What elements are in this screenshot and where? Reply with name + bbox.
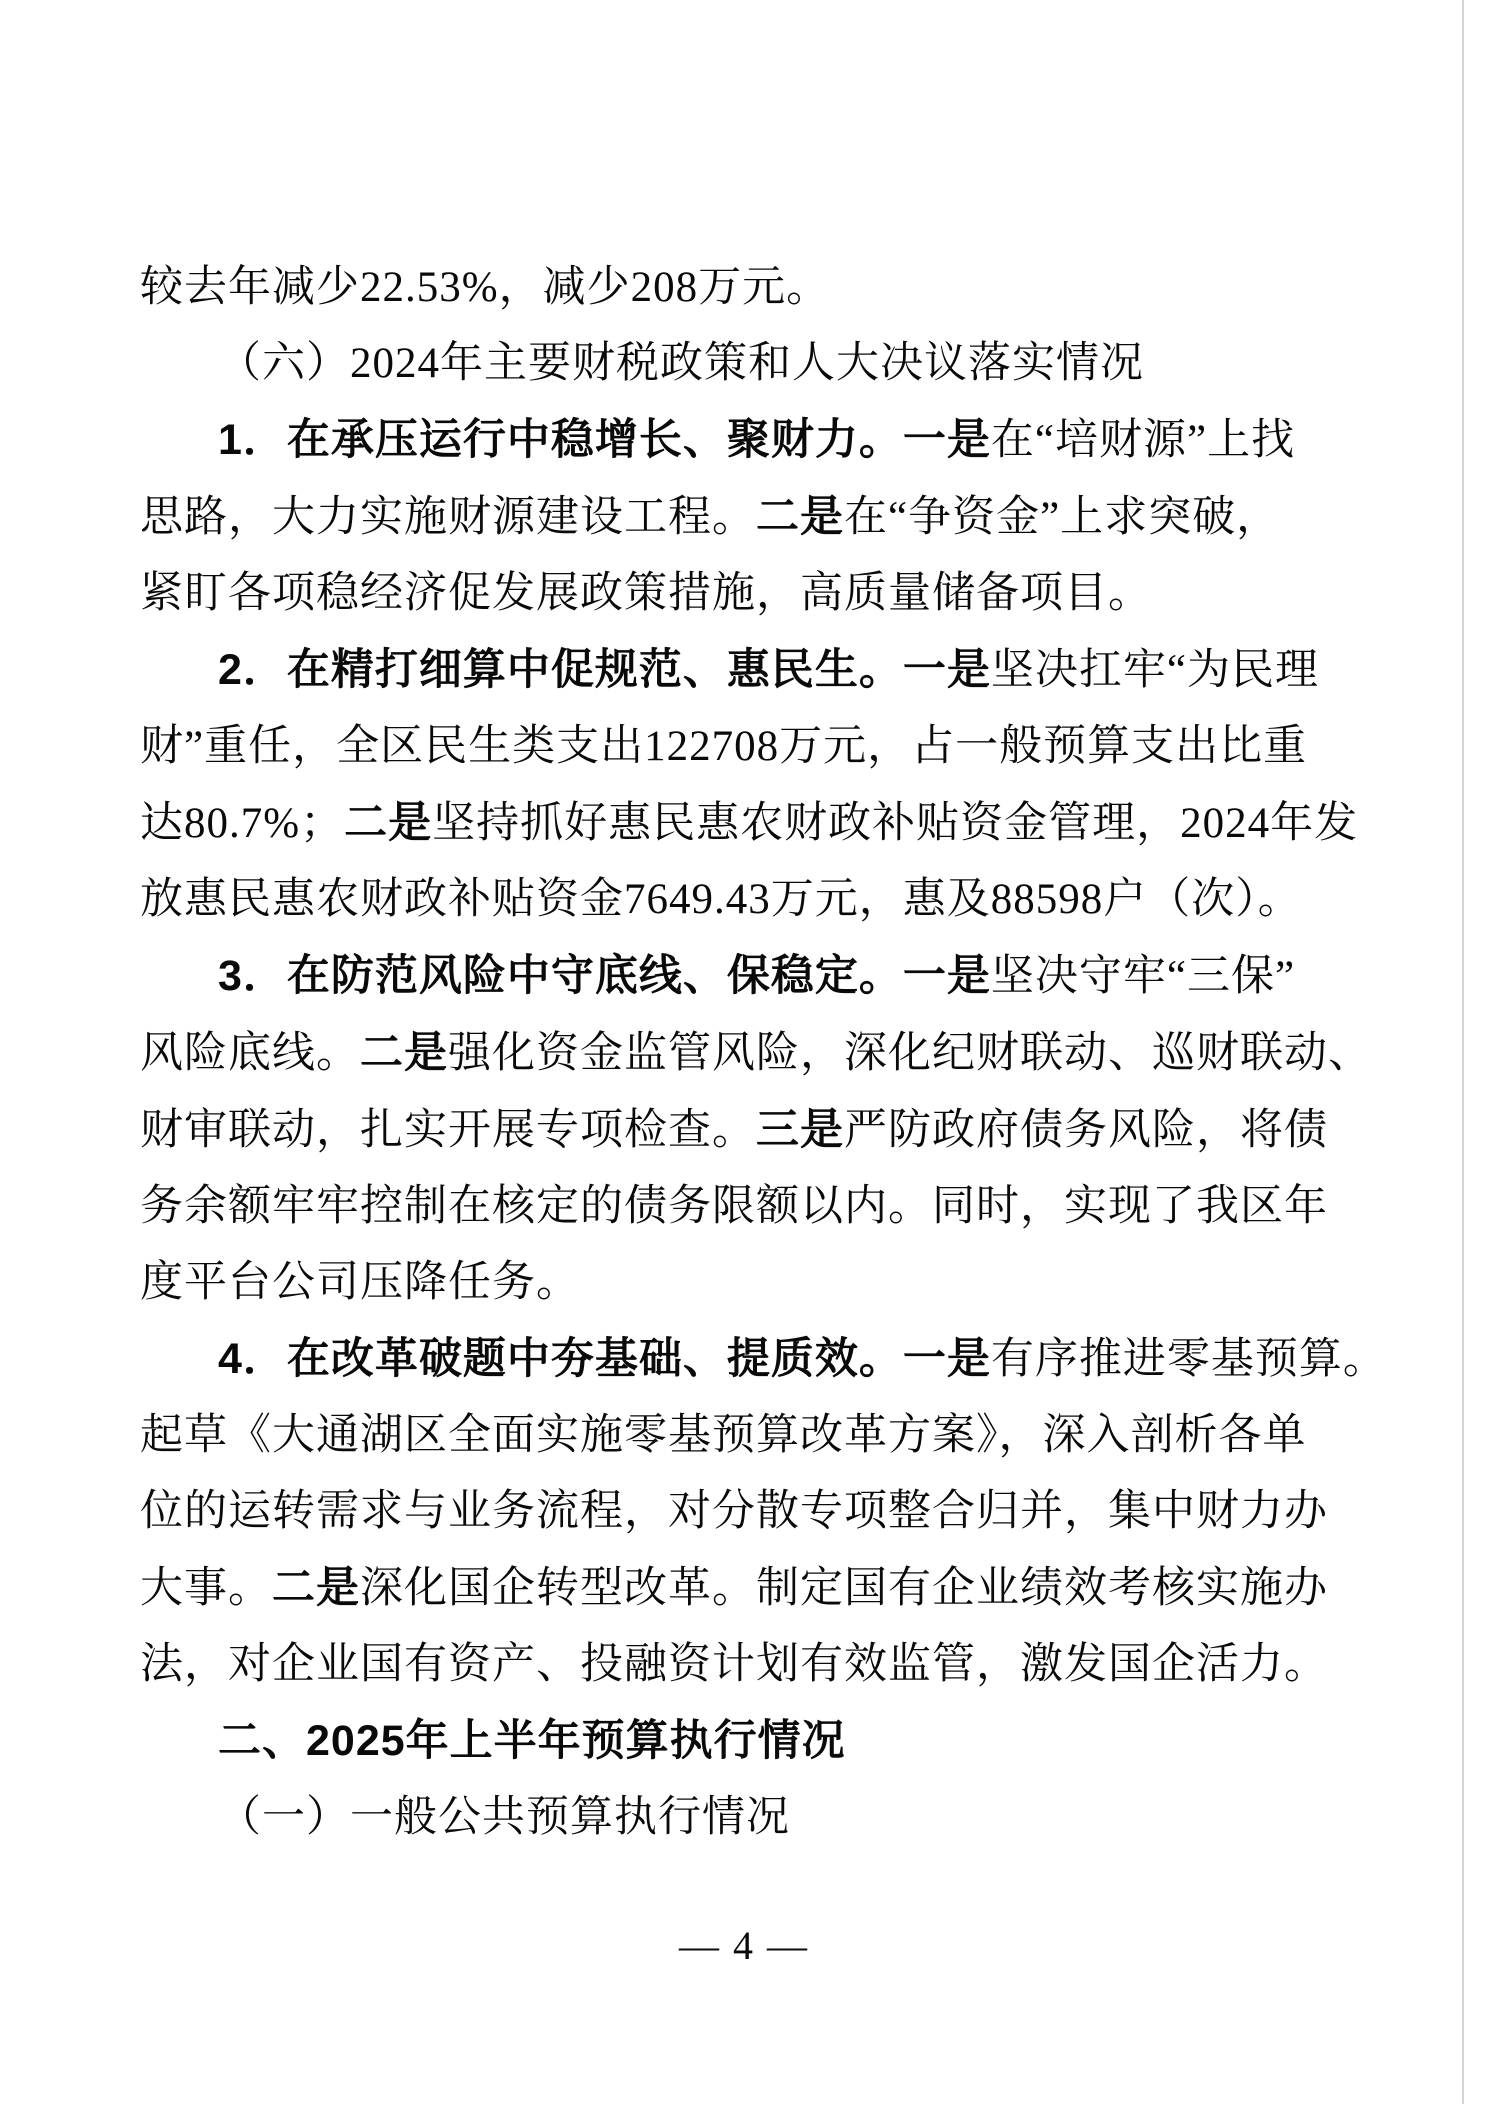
text-run: 坚决守牢“三保” (991, 953, 1295, 1000)
text-run: 二是 (756, 493, 844, 541)
text-run: 风险底线。 (140, 1030, 360, 1077)
text-run: 放惠民惠农财政补贴资金7649.43万元，惠及88598户（次）。 (140, 876, 1302, 923)
text-line: 财审联动，扎实开展专项检查。三是严防政府债务风险，将债 (140, 1092, 1352, 1169)
text-line: 风险底线。二是强化资金监管风险，深化纪财联动、巡财联动、 (140, 1015, 1352, 1092)
text-run: 严防政府债务风险，将债 (844, 1107, 1328, 1154)
text-line: 思路，大力实施财源建设工程。二是在“争资金”上求突破， (140, 479, 1352, 556)
text-run: 二、2025年上半年预算执行情况 (218, 1717, 846, 1765)
text-run: 三是 (756, 1106, 844, 1154)
text-run: 有序推进零基预算。 (991, 1336, 1387, 1383)
document-page: 较去年减少22.53%，减少208万元。（六）2024年主要财税政策和人大决议落… (0, 0, 1488, 2104)
text-run: 法，对企业国有资产、投融资计划有效监管，激发国企活力。 (140, 1641, 1328, 1688)
text-run: 二是 (344, 799, 432, 847)
text-run: 强化资金监管风险，深化纪财联动、巡财联动、 (448, 1030, 1372, 1077)
text-run: 较去年减少22.53%，减少208万元。 (140, 264, 830, 311)
text-line: 二、2025年上半年预算执行情况 (140, 1703, 1352, 1780)
text-run: 坚持抓好惠民惠农财政补贴资金管理，2024年发 (432, 800, 1358, 847)
text-line: 起草《大通湖区全面实施零基预算改革方案》，深入剖析各单 (140, 1398, 1352, 1474)
text-run: 3．在防范风险中守底线、保稳定。一是 (218, 952, 991, 1000)
text-run: （一）一般公共预算执行情况 (218, 1794, 790, 1841)
text-run: 位的运转需求与业务流程，对分散专项整合归并，集中财力办 (140, 1488, 1328, 1535)
text-line: （一）一般公共预算执行情况 (140, 1780, 1352, 1856)
text-run: 4．在改革破题中夯基础、提质效。一是 (218, 1335, 991, 1383)
text-line: 达80.7%；二是坚持抓好惠民惠农财政补贴资金管理，2024年发 (140, 785, 1352, 862)
text-run: 1．在承压运行中稳增长、聚财力。一是 (218, 416, 991, 464)
text-run: （六）2024年主要财税政策和人大决议落实情况 (218, 340, 1144, 387)
text-run: 深化国企转型改革。制定国有企业绩效考核实施办 (360, 1565, 1328, 1612)
text-run: 达80.7%； (140, 800, 344, 847)
text-line: 法，对企业国有资产、投融资计划有效监管，激发国企活力。 (140, 1627, 1352, 1703)
text-run: 务余额牢牢控制在核定的债务限额以内。同时，实现了我区年 (140, 1183, 1328, 1230)
text-line: 紧盯各项稳经济促发展政策措施，高质量储备项目。 (140, 556, 1352, 632)
document-body: 较去年减少22.53%，减少208万元。（六）2024年主要财税政策和人大决议落… (140, 250, 1352, 1856)
text-line: 大事。二是深化国企转型改革。制定国有企业绩效考核实施办 (140, 1550, 1352, 1627)
text-run: 起草《大通湖区全面实施零基预算改革方案》，深入剖析各单 (140, 1412, 1307, 1459)
text-line: 2．在精打细算中促规范、惠民生。一是坚决扛牢“为民理 (140, 632, 1352, 709)
text-line: 度平台公司压降任务。 (140, 1245, 1352, 1321)
text-run: 在“培财源”上找 (991, 417, 1295, 464)
text-run: 财审联动，扎实开展专项检查。 (140, 1107, 756, 1154)
text-line: 较去年减少22.53%，减少208万元。 (140, 250, 1352, 326)
text-run: 二是 (272, 1564, 360, 1612)
text-line: 4．在改革破题中夯基础、提质效。一是有序推进零基预算。 (140, 1321, 1352, 1398)
text-line: （六）2024年主要财税政策和人大决议落实情况 (140, 326, 1352, 402)
text-run: 二是 (360, 1029, 448, 1077)
text-line: 务余额牢牢控制在核定的债务限额以内。同时，实现了我区年 (140, 1169, 1352, 1245)
text-line: 1．在承压运行中稳增长、聚财力。一是在“培财源”上找 (140, 402, 1352, 479)
text-run: 坚决扛牢“为民理 (991, 647, 1319, 694)
text-run: 思路，大力实施财源建设工程。 (140, 494, 756, 541)
text-line: 位的运转需求与业务流程，对分散专项整合归并，集中财力办 (140, 1474, 1352, 1550)
page-footer: — 4 — (0, 1922, 1488, 1970)
page-number: — 4 — (679, 1923, 809, 1968)
text-run: 2．在精打细算中促规范、惠民生。一是 (218, 646, 991, 694)
text-run: 度平台公司压降任务。 (140, 1259, 580, 1306)
text-run: 大事。 (140, 1565, 272, 1612)
text-line: 放惠民惠农财政补贴资金7649.43万元，惠及88598户（次）。 (140, 862, 1352, 938)
text-run: 紧盯各项稳经济促发展政策措施，高质量储备项目。 (140, 570, 1152, 617)
text-line: 财”重任，全区民生类支出122708万元，占一般预算支出比重 (140, 709, 1352, 785)
text-run: 财”重任，全区民生类支出122708万元，占一般预算支出比重 (140, 723, 1307, 770)
text-run: 在“争资金”上求突破， (844, 494, 1280, 541)
page-edge-line (1462, 0, 1464, 2104)
text-line: 3．在防范风险中守底线、保稳定。一是坚决守牢“三保” (140, 938, 1352, 1015)
